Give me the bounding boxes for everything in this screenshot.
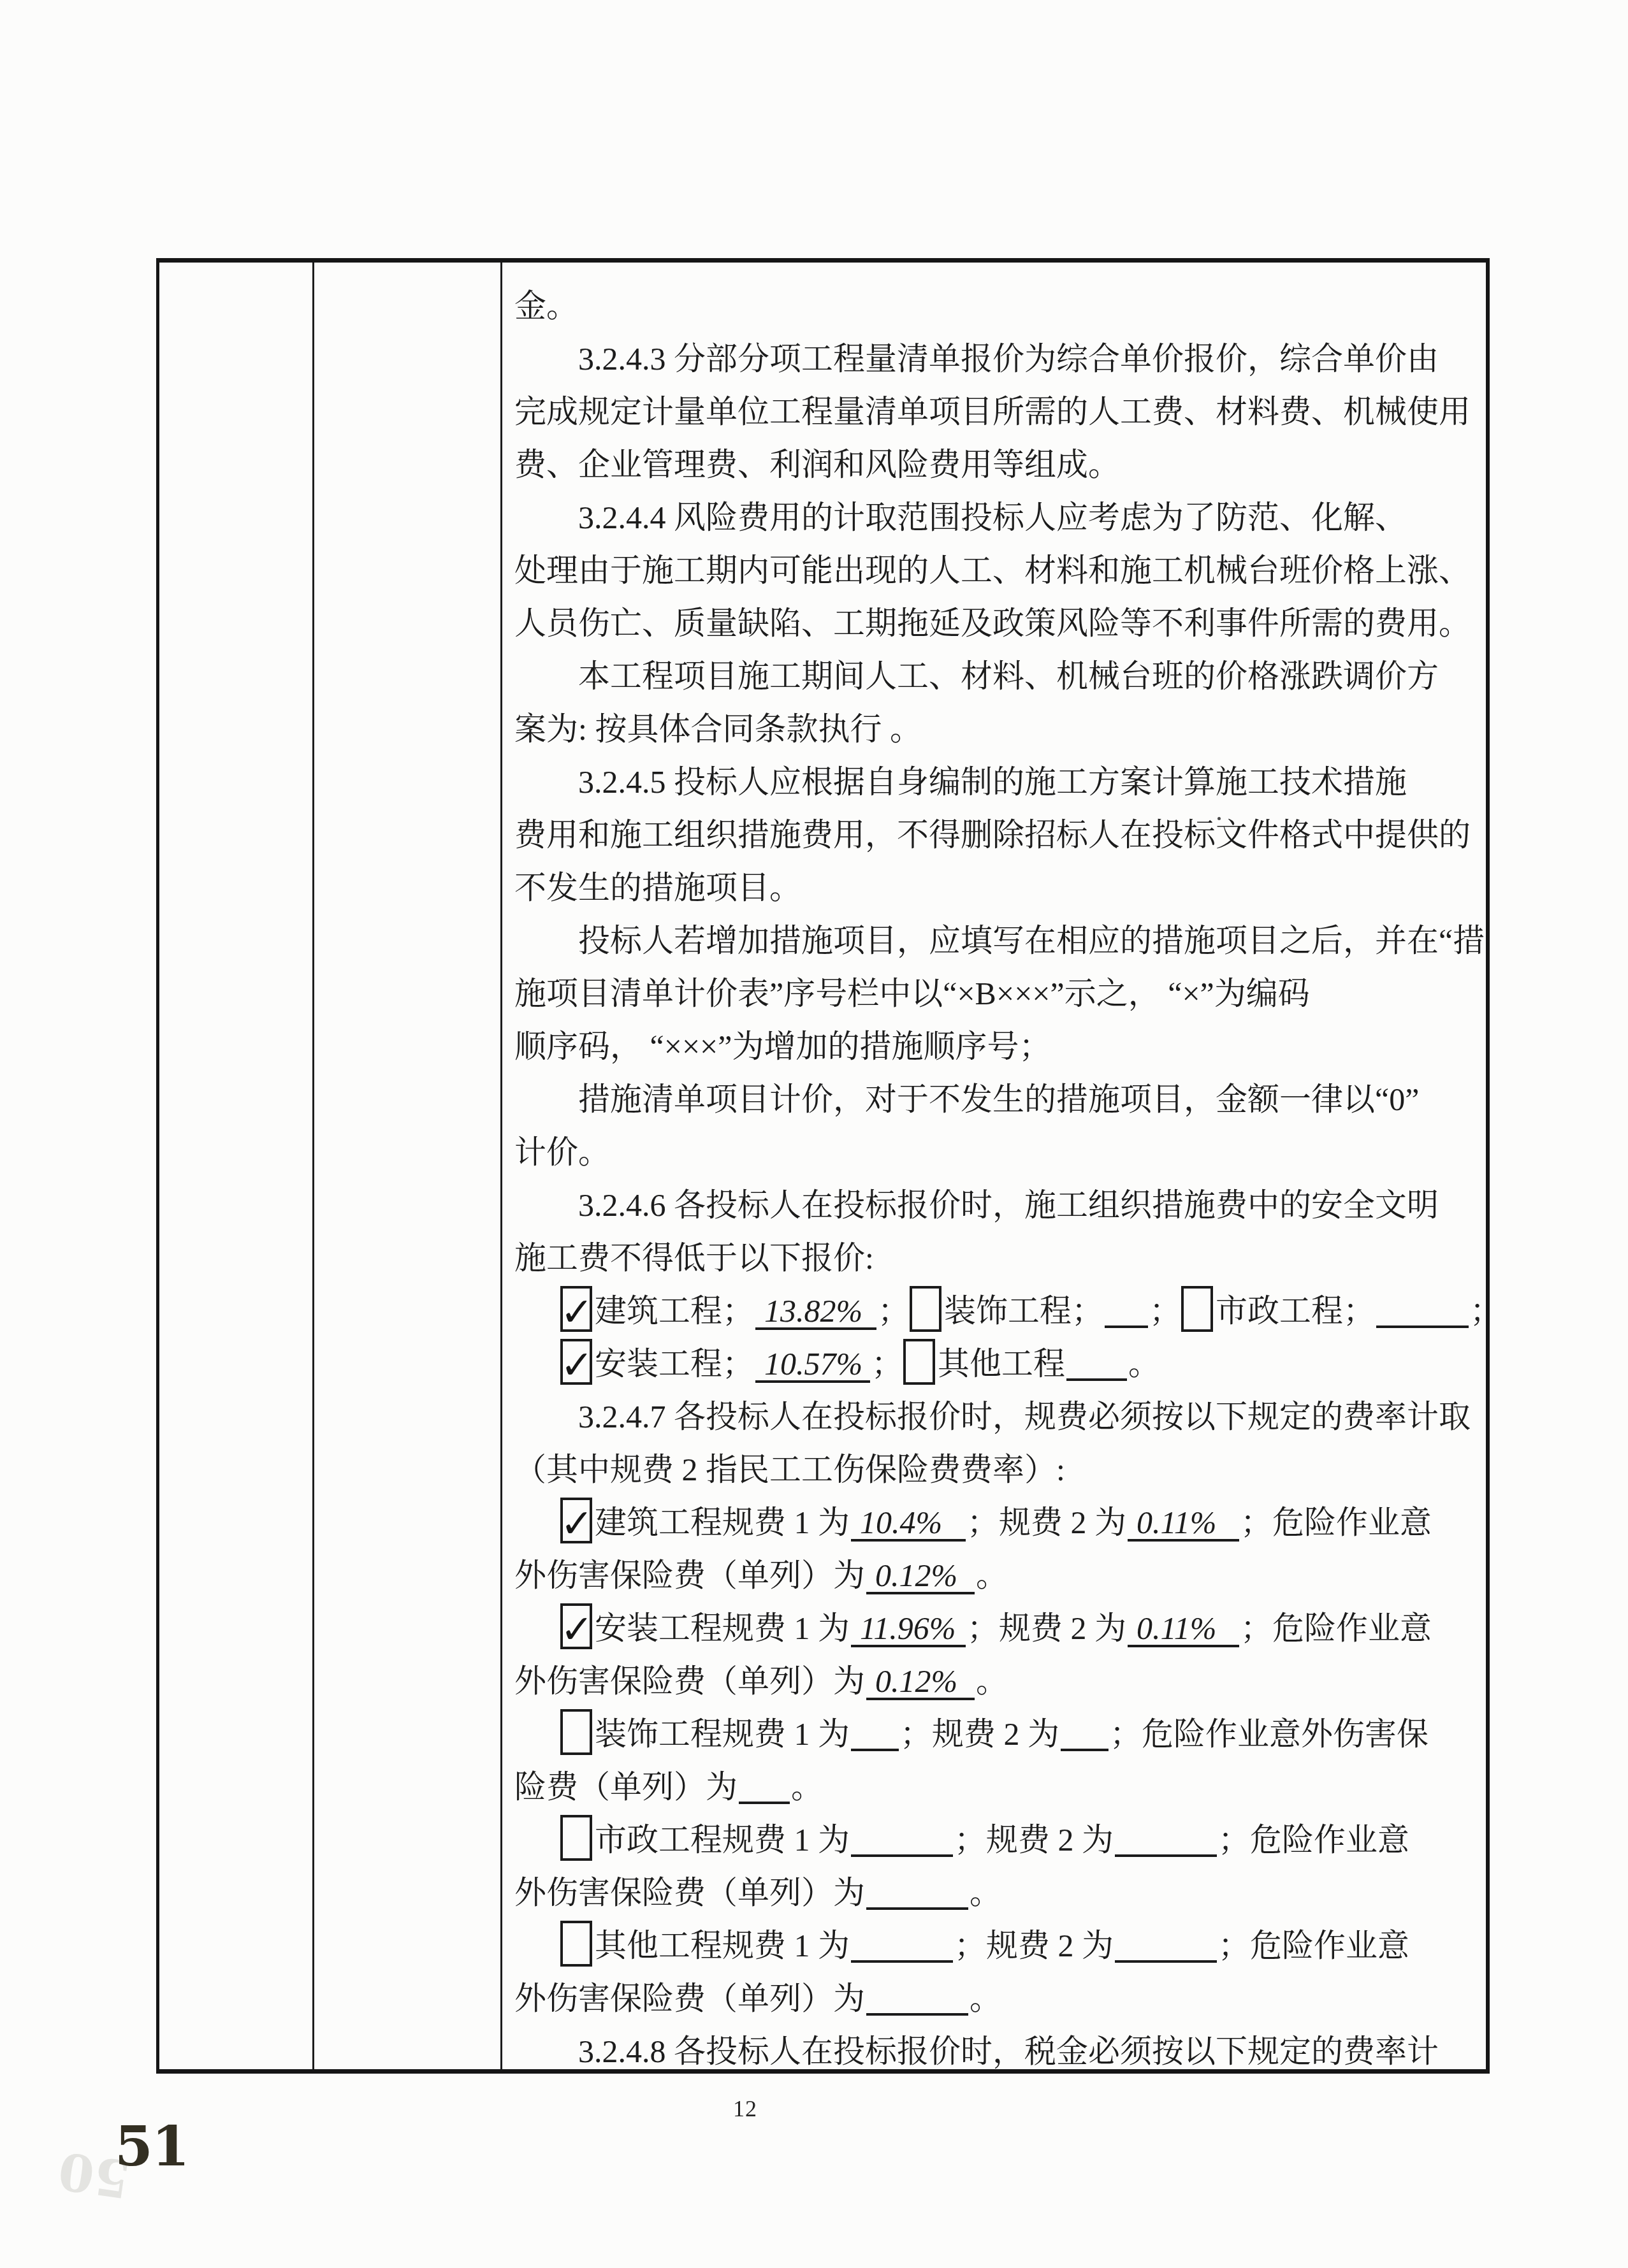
text-run: 外伤害保险费（单列）为: [514, 1875, 865, 1910]
text-run: 费、企业管理费、利润和风险费用等组成。: [514, 447, 1120, 482]
unchecked-checkbox[interactable]: [560, 1709, 592, 1755]
scanned-page: { "page": { "page_number": "12", "corner…: [0, 0, 1628, 2268]
check-icon: ✓: [560, 1345, 593, 1385]
unchecked-checkbox[interactable]: [560, 1921, 592, 1967]
page-number: 12: [733, 2095, 757, 2122]
text-run: 措施清单项目计价，对于不发生的措施项目，金额一律以“0”: [578, 1081, 1419, 1117]
text-line: 计价。: [514, 1126, 1476, 1179]
text-run: 案为: 按具体合同条款执行 。: [514, 711, 922, 747]
text-line: （其中规费 2 指民工工伤保险费费率）:: [514, 1443, 1476, 1496]
text-run: 投标人若增加措施项目，应填写在相应的措施项目之后，并在“措: [578, 923, 1485, 958]
table-column-divider-2: [500, 263, 502, 2069]
text-run: ；规费 2 为: [967, 1610, 1126, 1646]
text-run: ；: [871, 1346, 903, 1382]
text-run: 3.2.4.5 投标人应根据自身编制的施工方案计算施工技术措施: [578, 764, 1407, 800]
text-run: ；规费 2 为: [967, 1505, 1126, 1540]
text-run: 金。: [514, 288, 578, 324]
text-run: ；: [1470, 1293, 1502, 1329]
text-run: 3.2.4.7 各投标人在投标报价时，规费必须按以下规定的费率计取: [578, 1399, 1471, 1434]
text-run: 完成规定计量单位工程量清单项目所需的人工费、材料费、机械使用: [514, 394, 1471, 430]
text-line: 措施清单项目计价，对于不发生的措施项目，金额一律以“0”: [514, 1073, 1476, 1126]
text-line: 险费（单列）为。: [514, 1761, 1476, 1814]
text-run: 。: [970, 1981, 1001, 2016]
text-run: 顺序码， “×××”为增加的措施顺序号；: [514, 1029, 1050, 1064]
text-line: ✓建筑工程；13.82%；装饰工程；；市政工程；；: [514, 1285, 1476, 1338]
text-line: 外伤害保险费（单列）为0.12%。: [514, 1655, 1476, 1708]
text-run: 3.2.4.3 分部分项工程量清单报价为综合单价报价，综合单价由: [578, 341, 1439, 377]
text-line: 金。: [514, 280, 1476, 333]
filled-rate-value[interactable]: 0.12%: [866, 1662, 975, 1700]
checked-checkbox[interactable]: ✓: [560, 1286, 592, 1332]
check-icon: ✓: [560, 1292, 593, 1332]
text-run: 。: [976, 1557, 1008, 1593]
text-run: 费用和施工组织措施费用，不得删除招标人在投标文件格式中提供的: [514, 817, 1471, 853]
text-run: 3.2.4.6 各投标人在投标报价时，施工组织措施费中的安全文明: [578, 1187, 1439, 1223]
text-run: 安装工程；: [595, 1346, 754, 1382]
text-run: ；: [878, 1293, 910, 1329]
text-run: 外伤害保险费（单列）为: [514, 1981, 865, 2016]
text-line: 外伤害保险费（单列）为。: [514, 1867, 1476, 1919]
text-line: 费用和施工组织措施费用，不得删除招标人在投标文件格式中提供的: [514, 809, 1476, 862]
text-line: 不发生的措施项目。: [514, 862, 1476, 914]
text-run: 外伤害保险费（单列）为: [514, 1663, 865, 1699]
blank-underline-field[interactable]: [1115, 1823, 1217, 1857]
blank-underline-field[interactable]: [851, 1717, 899, 1751]
text-run: ；: [1149, 1293, 1181, 1329]
checked-checkbox[interactable]: ✓: [560, 1339, 592, 1385]
text-line: 3.2.4.6 各投标人在投标报价时，施工组织措施费中的安全文明: [514, 1179, 1476, 1232]
text-run: ；危险作业意: [1218, 1822, 1409, 1858]
blank-underline-field[interactable]: [1115, 1928, 1217, 1963]
unchecked-checkbox[interactable]: [903, 1339, 935, 1385]
text-run: （其中规费 2 指民工工伤保险费费率）:: [514, 1452, 1065, 1487]
blank-underline-field[interactable]: [1376, 1294, 1469, 1328]
blank-underline-field[interactable]: [851, 1823, 953, 1857]
blank-underline-field[interactable]: [866, 1875, 968, 1910]
text-run: 安装工程规费 1 为: [595, 1610, 850, 1646]
text-line: 费、企业管理费、利润和风险费用等组成。: [514, 438, 1476, 491]
text-run: ；危险作业意外伤害保: [1110, 1716, 1428, 1752]
text-run: ；危险作业意: [1218, 1928, 1409, 1963]
text-line: ✓安装工程；10.57%；其他工程。: [514, 1338, 1476, 1390]
text-line: 施工费不得低于以下报价:: [514, 1232, 1476, 1285]
text-line: 3.2.4.8 各投标人在投标报价时，税金必须按以下规定的费率计: [514, 2025, 1476, 2078]
text-line: 3.2.4.4 风险费用的计取范围投标人应考虑为了防范、化解、: [514, 491, 1476, 544]
text-run: ；危险作业意: [1240, 1505, 1432, 1540]
check-icon: ✓: [560, 1610, 593, 1649]
unchecked-checkbox[interactable]: [1181, 1286, 1213, 1332]
table-column-divider-1: [312, 263, 314, 2069]
blank-underline-field[interactable]: [866, 1981, 968, 2016]
text-run: 。: [1128, 1346, 1160, 1382]
unchecked-checkbox[interactable]: [910, 1286, 941, 1332]
text-run: 外伤害保险费（单列）为: [514, 1557, 865, 1593]
blank-underline-field[interactable]: [851, 1928, 953, 1963]
text-line: 完成规定计量单位工程量清单项目所需的人工费、材料费、机械使用: [514, 386, 1476, 438]
text-line: 3.2.4.7 各投标人在投标报价时，规费必须按以下规定的费率计取: [514, 1390, 1476, 1443]
unchecked-checkbox[interactable]: [560, 1815, 592, 1861]
text-run: 人员伤亡、质量缺陷、工期拖延及政策风险等不利事件所需的费用。: [514, 605, 1471, 641]
filled-rate-value[interactable]: 11.96%: [851, 1609, 966, 1647]
filled-rate-value[interactable]: 0.11%: [1128, 1609, 1239, 1647]
checked-checkbox[interactable]: ✓: [560, 1603, 592, 1649]
blank-underline-field[interactable]: [1066, 1347, 1127, 1381]
text-line: 3.2.4.5 投标人应根据自身编制的施工方案计算施工技术措施: [514, 756, 1476, 809]
text-run: ；规费 2 为: [954, 1822, 1114, 1858]
filled-rate-value[interactable]: 10.4%: [851, 1503, 966, 1542]
text-line: 处理由于施工期内可能出现的人工、材料和施工机械台班价格上涨、: [514, 544, 1476, 597]
text-run: 市政工程；: [1216, 1293, 1375, 1329]
filled-rate-value[interactable]: 0.12%: [866, 1556, 975, 1594]
text-run: 装饰工程；: [944, 1293, 1103, 1329]
text-line: 人员伤亡、质量缺陷、工期拖延及政策风险等不利事件所需的费用。: [514, 597, 1476, 650]
scan-artifact-dot: [1217, 817, 1221, 820]
text-run: 建筑工程规费 1 为: [595, 1505, 850, 1540]
text-run: 计价。: [514, 1134, 610, 1170]
text-run: 施工费不得低于以下报价:: [514, 1240, 874, 1276]
text-run: 装饰工程规费 1 为: [595, 1716, 850, 1752]
blank-underline-field[interactable]: [739, 1770, 790, 1804]
text-line: 装饰工程规费 1 为；规费 2 为；危险作业意外伤害保: [514, 1708, 1476, 1761]
blank-underline-field[interactable]: [1105, 1294, 1148, 1328]
text-line: 投标人若增加措施项目，应填写在相应的措施项目之后，并在“措: [514, 914, 1476, 967]
text-run: 。: [976, 1663, 1008, 1699]
text-line: ✓建筑工程规费 1 为10.4%；规费 2 为0.11%；危险作业意: [514, 1496, 1476, 1549]
corner-stamp: 51: [115, 2114, 189, 2179]
text-run: 施项目清单计价表”序号栏中以“×B×××”示之， “×”为编码: [514, 976, 1310, 1011]
text-run: 。: [791, 1769, 823, 1805]
text-run: ；规费 2 为: [954, 1928, 1114, 1963]
text-run: 其他工程规费 1 为: [595, 1928, 850, 1963]
text-run: 本工程项目施工期间人工、材料、机械台班的价格涨跌调价方: [578, 658, 1439, 694]
text-line: 外伤害保险费（单列）为。: [514, 1972, 1476, 2025]
filled-rate-value[interactable]: 0.11%: [1128, 1503, 1239, 1542]
filled-rate-value[interactable]: 13.82%: [755, 1292, 876, 1330]
text-run: 其他工程: [938, 1346, 1065, 1382]
text-run: 险费（单列）为: [514, 1769, 738, 1805]
text-run: ；规费 2 为: [900, 1716, 1059, 1752]
text-run: 建筑工程；: [595, 1293, 754, 1329]
text-run: 处理由于施工期内可能出现的人工、材料和施工机械台班价格上涨、: [514, 553, 1471, 588]
document-lines: 金。3.2.4.3 分部分项工程量清单报价为综合单价报价，综合单价由完成规定计量…: [514, 280, 1476, 2078]
text-run: 市政工程规费 1 为: [595, 1822, 850, 1858]
text-run: 不发生的措施项目。: [514, 870, 801, 906]
blank-underline-field[interactable]: [1061, 1717, 1108, 1751]
text-line: 外伤害保险费（单列）为0.12%。: [514, 1549, 1476, 1602]
text-run: ；危险作业意: [1240, 1610, 1432, 1646]
text-run: 3.2.4.4 风险费用的计取范围投标人应考虑为了防范、化解、: [578, 500, 1407, 535]
checked-checkbox[interactable]: ✓: [560, 1498, 592, 1543]
text-line: ✓安装工程规费 1 为11.96%；规费 2 为0.11%；危险作业意: [514, 1602, 1476, 1655]
text-run: 。: [970, 1875, 1001, 1910]
text-line: 施项目清单计价表”序号栏中以“×B×××”示之， “×”为编码: [514, 967, 1476, 1020]
text-line: 其他工程规费 1 为；规费 2 为；危险作业意: [514, 1919, 1476, 1972]
text-run: 3.2.4.8 各投标人在投标报价时，税金必须按以下规定的费率计: [578, 2033, 1439, 2069]
text-line: 市政工程规费 1 为；规费 2 为；危险作业意: [514, 1814, 1476, 1867]
text-line: 本工程项目施工期间人工、材料、机械台班的价格涨跌调价方: [514, 650, 1476, 703]
text-line: 顺序码， “×××”为增加的措施顺序号；: [514, 1020, 1476, 1073]
tender-terms-table: 金。3.2.4.3 分部分项工程量清单报价为综合单价报价，综合单价由完成规定计量…: [156, 258, 1490, 2074]
text-line: 案为: 按具体合同条款执行 。: [514, 703, 1476, 756]
filled-rate-value[interactable]: 10.57%: [755, 1345, 870, 1383]
text-line: 3.2.4.3 分部分项工程量清单报价为综合单价报价，综合单价由: [514, 333, 1476, 386]
check-icon: ✓: [560, 1504, 593, 1543]
